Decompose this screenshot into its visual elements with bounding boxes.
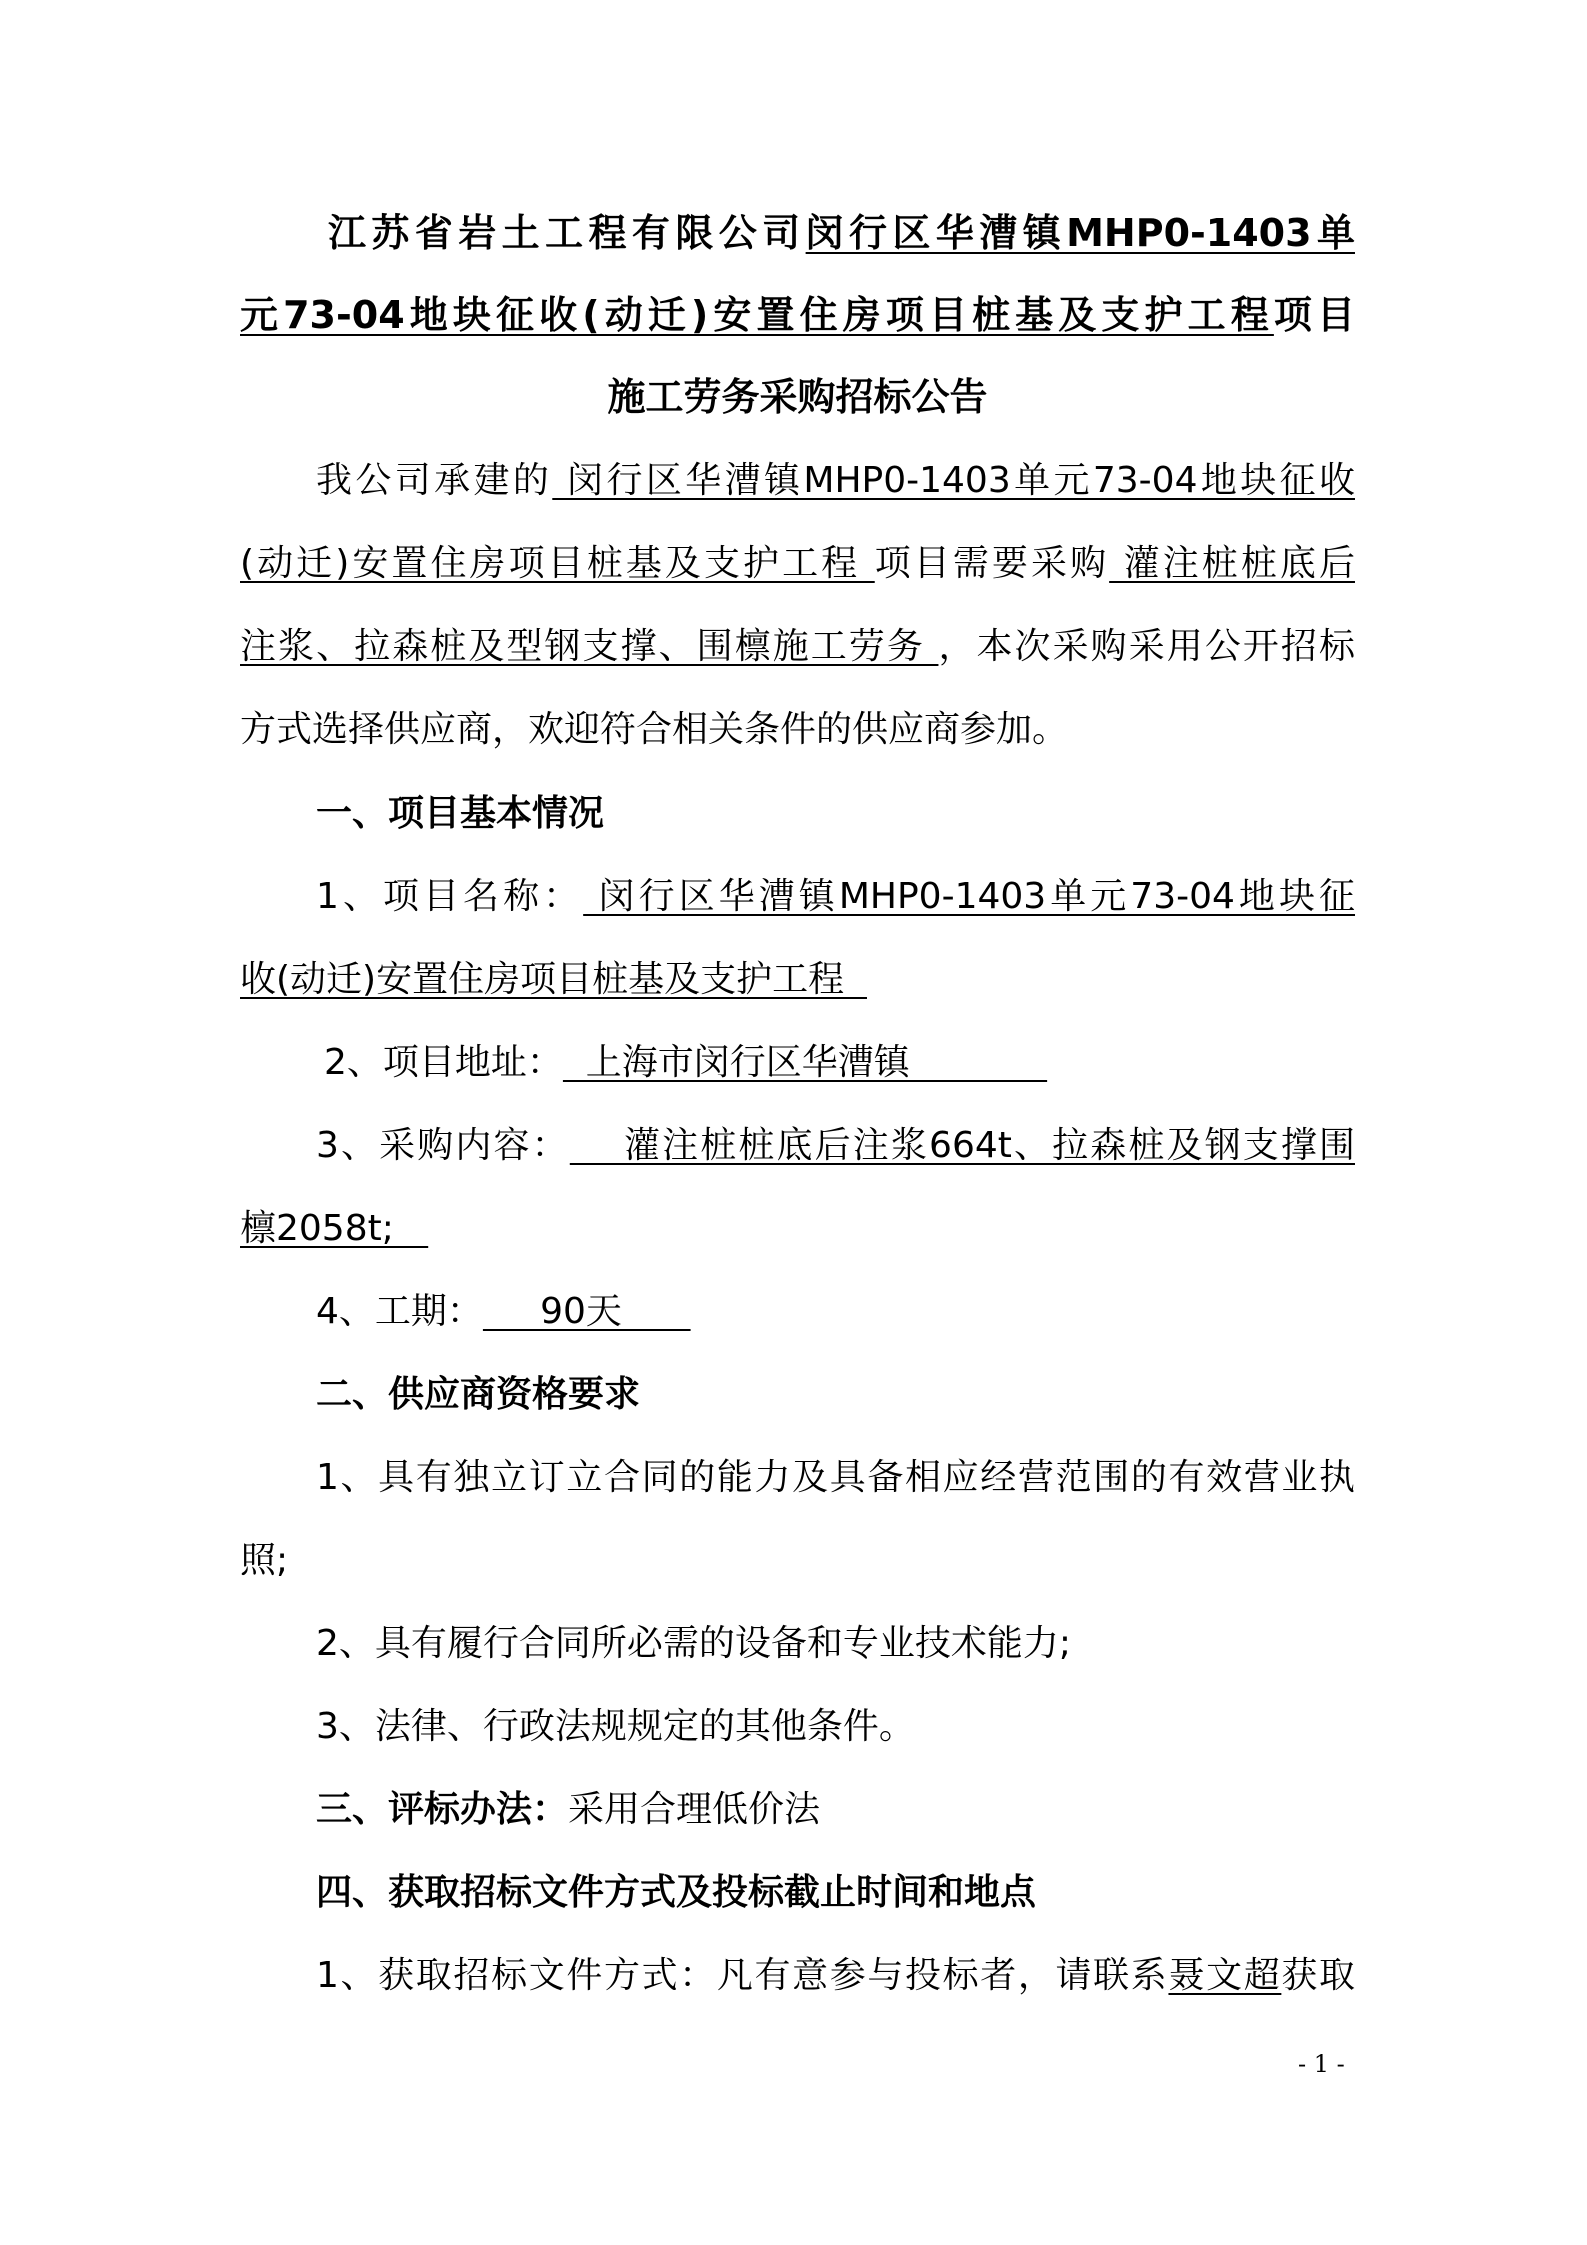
project-name-value: 闵行区华漕镇MHP0-1403单元73-04地块征	[583, 876, 1355, 917]
qualification-text: 3、法律、行政法规规定的其他条件。	[316, 1706, 915, 1747]
section-2-heading: 二、供应商资格要求	[240, 1370, 1355, 1420]
heading-text: 一、项目基本情况	[316, 793, 604, 834]
duration-value: 90天	[483, 1291, 691, 1332]
heading-text: 二、供应商资格要求	[316, 1374, 640, 1415]
qualification-3: 3、法律、行政法规规定的其他条件。	[240, 1702, 1355, 1752]
qualification-text: 1、具有独立订立合同的能力及具备相应经营范围的有效营业执	[316, 1457, 1355, 1498]
project-address-value: 上海市闵行区华漕镇	[563, 1042, 1047, 1083]
document-page: 江苏省岩土工程有限公司闵行区华漕镇MHP0-1403单 元73-04地块征收(动…	[0, 0, 1587, 2245]
section-4-heading: 四、获取招标文件方式及投标截止时间和地点	[240, 1868, 1355, 1918]
intro-procurement-item-cont: 注浆、拉森桩及型钢支撑、围檩施工劳务	[240, 626, 938, 667]
qualification-text: 2、具有履行合同所必需的设备和专业技术能力;	[316, 1623, 1071, 1664]
intro-project-name-cont: (动迁)安置住房项目桩基及支护工程	[240, 543, 875, 584]
section-3-line: 三、评标办法：采用合理低价法	[240, 1785, 1355, 1835]
title-line-2: 元73-04地块征收(动迁)安置住房项目桩基及支护工程项目	[240, 290, 1355, 340]
procurement-content-line-2: 檩2058t;	[240, 1204, 1355, 1254]
qualification-2: 2、具有履行合同所必需的设备和专业技术能力;	[240, 1619, 1355, 1669]
procurement-content-value-cont: 檩2058t;	[240, 1208, 428, 1249]
section-3-heading: 三、评标办法：	[316, 1789, 568, 1830]
field-label: 1、项目名称：	[316, 876, 583, 917]
field-label: 2、项目地址：	[324, 1042, 563, 1083]
heading-text: 四、获取招标文件方式及投标截止时间和地点	[316, 1872, 1036, 1913]
title-suffix: 项目	[1274, 293, 1355, 337]
title-project-part2: 元73-04地块征收(动迁)安置住房项目桩基及支护工程	[240, 293, 1274, 337]
title-company: 江苏省岩土工程有限公司	[328, 211, 806, 255]
procurement-content-line-1: 3、采购内容： 灌注桩桩底后注浆664t、拉森桩及钢支撑围	[240, 1121, 1355, 1171]
project-name-line-1: 1、项目名称： 闵行区华漕镇MHP0-1403单元73-04地块征	[240, 872, 1355, 922]
project-name-value-cont: 收(动迁)安置住房项目桩基及支护工程	[240, 959, 867, 1000]
project-address-line: 2、项目地址： 上海市闵行区华漕镇	[240, 1038, 1355, 1088]
qualification-1-line-2: 照;	[240, 1536, 1355, 1586]
project-name-line-2: 收(动迁)安置住房项目桩基及支护工程	[240, 955, 1355, 1005]
evaluation-method-value: 采用合理低价法	[568, 1789, 820, 1830]
intro-text: 方式选择供应商，欢迎符合相关条件的供应商参加。	[240, 709, 1068, 750]
qualification-1-line-1: 1、具有独立订立合同的能力及具备相应经营范围的有效营业执	[240, 1453, 1355, 1503]
contact-person: 聂文超	[1168, 1955, 1281, 1996]
field-label: 4、工期：	[316, 1291, 483, 1332]
intro-line-2: (动迁)安置住房项目桩基及支护工程 项目需要采购 灌注桩桩底后	[240, 539, 1355, 589]
intro-procurement-item: 灌注桩桩底后	[1109, 543, 1355, 584]
intro-line-4: 方式选择供应商，欢迎符合相关条件的供应商参加。	[240, 705, 1355, 755]
title-line-1: 江苏省岩土工程有限公司闵行区华漕镇MHP0-1403单	[240, 208, 1355, 258]
title-line-3: 施工劳务采购招标公告	[240, 372, 1355, 422]
intro-text: 项目需要采购	[875, 543, 1109, 584]
intro-line-1: 我公司承建的 闵行区华漕镇MHP0-1403单元73-04地块征收	[240, 456, 1355, 506]
intro-project-name: 闵行区华漕镇MHP0-1403单元73-04地块征收	[552, 460, 1355, 501]
obtain-docs-text: 获取	[1281, 1955, 1355, 1996]
title-project-part1: 闵行区华漕镇MHP0-1403单	[806, 211, 1355, 255]
intro-line-3: 注浆、拉森桩及型钢支撑、围檩施工劳务 ，本次采购采用公开招标	[240, 622, 1355, 672]
qualification-text: 照;	[240, 1540, 288, 1581]
procurement-content-value: 灌注桩桩底后注浆664t、拉森桩及钢支撑围	[570, 1125, 1355, 1166]
section-1-heading: 一、项目基本情况	[240, 789, 1355, 839]
intro-text: ，本次采购采用公开招标	[938, 626, 1355, 667]
title-subtitle: 施工劳务采购招标公告	[607, 375, 987, 419]
duration-line: 4、工期： 90天	[240, 1287, 1355, 1337]
field-label: 3、采购内容：	[316, 1125, 570, 1166]
obtain-docs-text: 1、获取招标文件方式：凡有意参与投标者，请联系	[316, 1955, 1168, 1996]
page-number: - 1 -	[1298, 2050, 1345, 2078]
intro-text: 我公司承建的	[316, 460, 552, 501]
obtain-docs-line-1: 1、获取招标文件方式：凡有意参与投标者，请联系聂文超获取	[240, 1951, 1355, 2001]
